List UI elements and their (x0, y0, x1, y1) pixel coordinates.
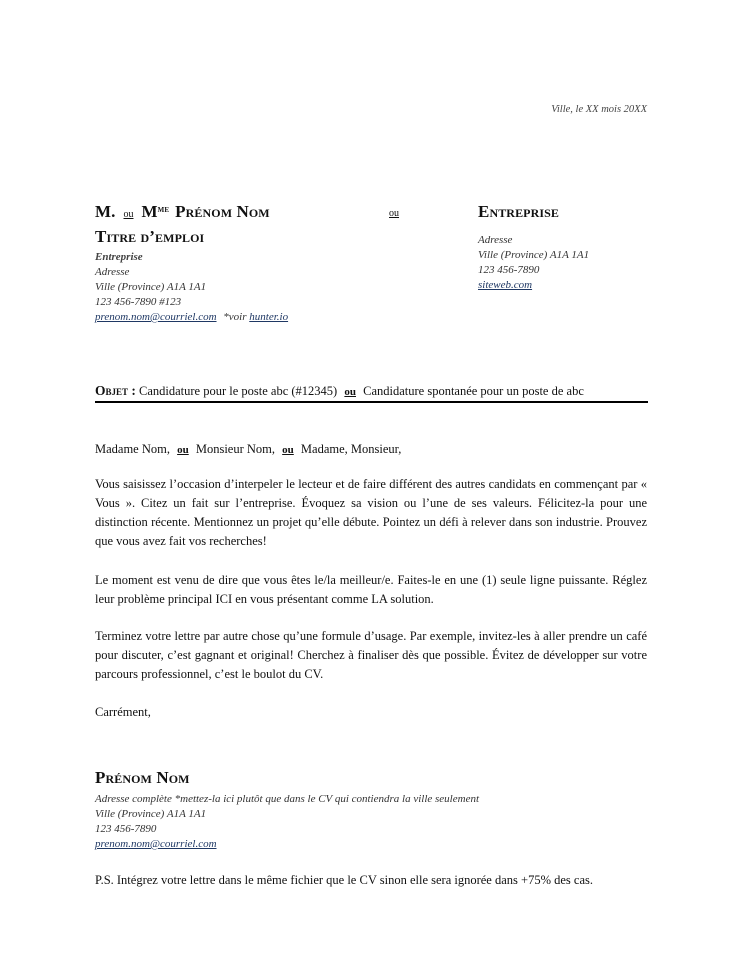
paragraph-intro: Vous saisissez l’occasion d’interpeler l… (95, 475, 647, 551)
subject-option-2: Candidature spontanée pour un poste de a… (363, 384, 584, 398)
sender-email-link[interactable]: prenom.nom@courriel.com (95, 838, 217, 850)
sender-name: Prénom Nom (95, 768, 190, 788)
recipient-note: *voir (223, 311, 246, 323)
subject-line: Objet : Candidature pour le poste abc (#… (95, 383, 648, 403)
salutation-option-1: Madame Nom, (95, 442, 170, 456)
recipient-email-line: prenom.nom@courriel.com *voir hunter.io (95, 310, 288, 325)
hunter-link[interactable]: hunter.io (249, 311, 288, 323)
paragraph-closing: Terminez votre lettre par autre chose qu… (95, 627, 647, 684)
sender-phone: 123 456-7890 (95, 822, 479, 837)
company-city: Ville (Province) A1A 1A1 (478, 248, 589, 263)
recipient-details: Entreprise Adresse Ville (Province) A1A … (95, 250, 288, 325)
salutation: Madame Nom, ou Monsieur Nom, ou Madame, … (95, 440, 401, 460)
title-prefix: M (142, 202, 158, 221)
or-separator-blocks: ou (389, 208, 399, 219)
sender-details: Adresse complète *mettez-la ici plutôt q… (95, 792, 479, 852)
recipient-address: Adresse (95, 265, 288, 280)
date-line: Ville, le XX mois 20XX (0, 104, 647, 115)
recipient-phone: 123 456-7890 #123 (95, 295, 288, 310)
or-separator: ou (344, 386, 356, 398)
recipient-name-line: M. ou Mme Prénom Nom (95, 202, 270, 222)
company-website-link[interactable]: siteweb.com (478, 279, 532, 291)
salutation-option-2: Monsieur Nom, (196, 442, 275, 456)
paragraph-value: Le moment est venu de dire que vous êtes… (95, 571, 647, 609)
subject-option-1: Candidature pour le poste abc (#12345) (139, 384, 337, 398)
title-superscript: me (158, 204, 169, 215)
company-phone: 123 456-7890 (478, 263, 589, 278)
company-address: Adresse (478, 233, 589, 248)
or-separator: ou (282, 444, 294, 456)
sender-address: Adresse complète *mettez-la ici plutôt q… (95, 792, 479, 807)
recipient-title-option-2: Mme (142, 202, 170, 221)
recipient-job-title: Titre d’emploi (95, 227, 204, 247)
company-title: Entreprise (478, 202, 559, 222)
subject-label: Objet : (95, 383, 136, 398)
closing: Carrément, (95, 703, 151, 722)
postscript: P.S. Intégrez votre lettre dans le même … (95, 871, 593, 890)
sender-city: Ville (Province) A1A 1A1 (95, 807, 479, 822)
or-separator: ou (177, 444, 189, 456)
salutation-option-3: Madame, Monsieur, (301, 442, 402, 456)
or-separator: ou (124, 209, 134, 220)
company-details: Adresse Ville (Province) A1A 1A1 123 456… (478, 233, 589, 293)
recipient-city: Ville (Province) A1A 1A1 (95, 280, 288, 295)
recipient-title-option-1: M. (95, 202, 116, 221)
recipient-name: Prénom Nom (175, 202, 270, 221)
recipient-company: Entreprise (95, 250, 288, 265)
recipient-email-link[interactable]: prenom.nom@courriel.com (95, 311, 217, 323)
